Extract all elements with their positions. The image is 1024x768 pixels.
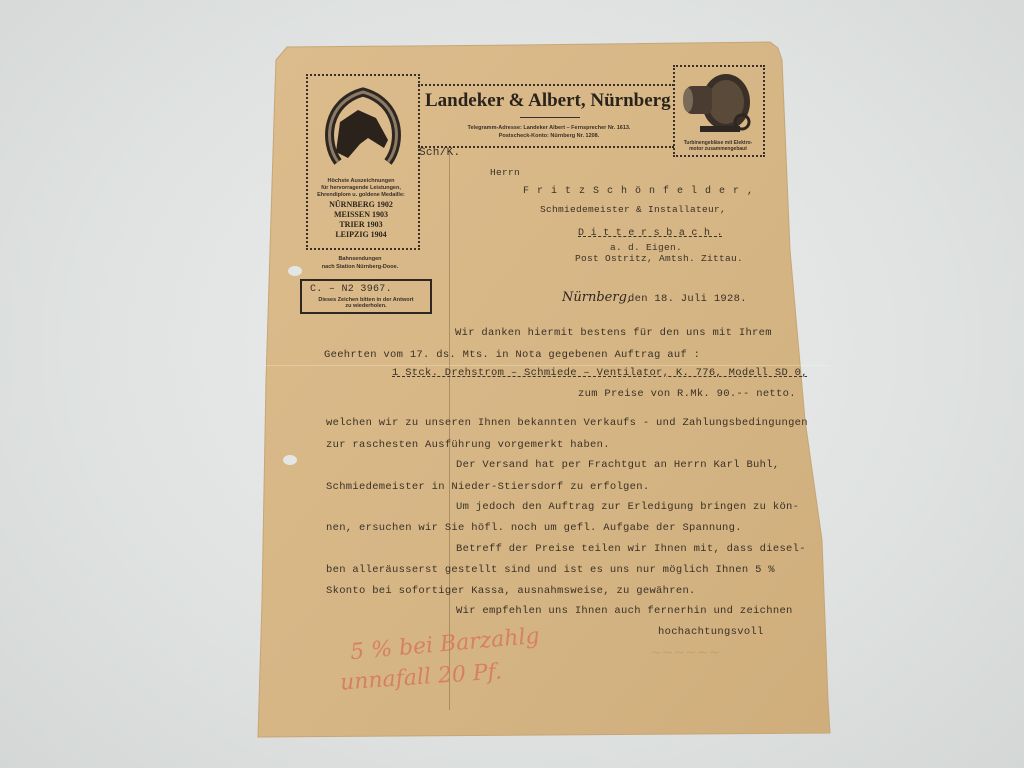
turbine-caption-line: motor zusammengebaut bbox=[676, 146, 760, 152]
telegram-line: Telegramm-Adresse: Landeker Albert – Fer… bbox=[425, 124, 673, 132]
punch-hole-top bbox=[288, 266, 302, 276]
contact-info: Telegramm-Adresse: Landeker Albert – Fer… bbox=[425, 124, 673, 140]
fold-line-horizontal bbox=[262, 365, 830, 366]
turbine-blower-icon bbox=[680, 68, 756, 136]
reference-initials: Sch/K. bbox=[419, 147, 460, 159]
reference-note: Dieses Zeichen bitten in der Antwort zu … bbox=[302, 297, 430, 309]
firm-name: Landeker & Albert, Nürnberg bbox=[425, 90, 671, 112]
awards-heading-line: Höchste Auszeichnungen bbox=[314, 178, 408, 185]
ornament-divider bbox=[520, 117, 580, 118]
date-place: Nürnberg, bbox=[562, 290, 631, 305]
reference-note-line: zu wiederholen. bbox=[302, 303, 430, 309]
letter-date: den 18. Juli 1928. bbox=[628, 293, 747, 305]
postscheck-line: Postscheck-Konto: Nürnberg Nr. 1208. bbox=[425, 132, 673, 140]
body-line: Geehrten vom 17. ds. Mts. in Nota gegebe… bbox=[324, 349, 700, 361]
body-line: Betreff der Preise teilen wir Ihnen mit,… bbox=[456, 543, 806, 555]
body-line: zur raschesten Ausführung vorgemerkt hab… bbox=[326, 439, 610, 451]
body-line: Schmiedemeister in Nieder-Stiersdorf zu … bbox=[326, 481, 649, 493]
turbine-caption: Turbinengebläse mit Elektro- motor zusam… bbox=[676, 140, 760, 152]
recipient-address-line: a. d. Eigen. bbox=[610, 242, 682, 253]
body-line: Skonto bei sofortiger Kassa, ausnahmswei… bbox=[326, 585, 696, 597]
closing: hochachtungsvoll bbox=[658, 626, 764, 638]
body-line: welchen wir zu unseren Ihnen bekannten V… bbox=[326, 417, 808, 429]
award-item: NÜRNBERG 1902 bbox=[314, 200, 408, 210]
order-price-line: zum Preise von R.Mk. 90.-- netto. bbox=[578, 388, 796, 400]
award-item: TRIER 1903 bbox=[314, 220, 408, 230]
rail-shipping-note: Bahnsendungen nach Station Nürnberg-Dooe… bbox=[310, 255, 410, 271]
body-line: ben alleräusserst gestellt sind und ist … bbox=[326, 564, 775, 576]
reference-number: C. – N2 3967. bbox=[310, 284, 392, 295]
award-item: MEISSEN 1903 bbox=[314, 210, 408, 220]
recipient-title: Schmiedemeister & Installateur, bbox=[540, 204, 726, 215]
award-item: LEIPZIG 1904 bbox=[314, 230, 408, 240]
body-line: Um jedoch den Auftrag zur Erledigung bri… bbox=[456, 501, 799, 513]
salutation: Herrn bbox=[490, 167, 520, 178]
order-item-line: 1 Stck. Drehstrom – Schmiede – Ventilato… bbox=[392, 367, 808, 379]
body-line: Wir empfehlen uns Ihnen auch fernerhin u… bbox=[456, 605, 793, 617]
reference-box: C. – N2 3967. Dieses Zeichen bitten in d… bbox=[300, 279, 432, 314]
fold-line-vertical bbox=[449, 150, 450, 710]
recipient-name: F r i t z S c h ö n f e l d e r , bbox=[523, 186, 754, 197]
faded-signature: ~~~~~~ bbox=[650, 645, 720, 661]
punch-hole-bottom bbox=[283, 455, 297, 465]
letter-document: Höchste Auszeichnungen für hervorragende… bbox=[0, 0, 1024, 768]
awards-list: NÜRNBERG 1902 MEISSEN 1903 TRIER 1903 LE… bbox=[314, 200, 408, 240]
body-line: Wir danken hiermit bestens für den uns m… bbox=[455, 327, 772, 339]
body-line: nen, ersuchen wir Sie höfl. noch um gefl… bbox=[326, 522, 742, 534]
rail-note-line: nach Station Nürnberg-Dooe. bbox=[310, 263, 410, 271]
awards-heading-line: für hervorragende Leistungen, bbox=[314, 185, 408, 192]
horseshoe-horse-head-icon bbox=[318, 82, 408, 172]
awards-heading: Höchste Auszeichnungen für hervorragende… bbox=[314, 178, 408, 199]
recipient-town: D i t t e r s b a c h . bbox=[578, 228, 723, 239]
rail-note-line: Bahnsendungen bbox=[310, 255, 410, 263]
awards-heading-line: Ehrendiplom u. goldene Medaille: bbox=[314, 192, 408, 199]
recipient-post-line: Post Ostritz, Amtsh. Zittau. bbox=[575, 253, 743, 264]
body-line: Der Versand hat per Frachtgut an Herrn K… bbox=[456, 459, 779, 471]
